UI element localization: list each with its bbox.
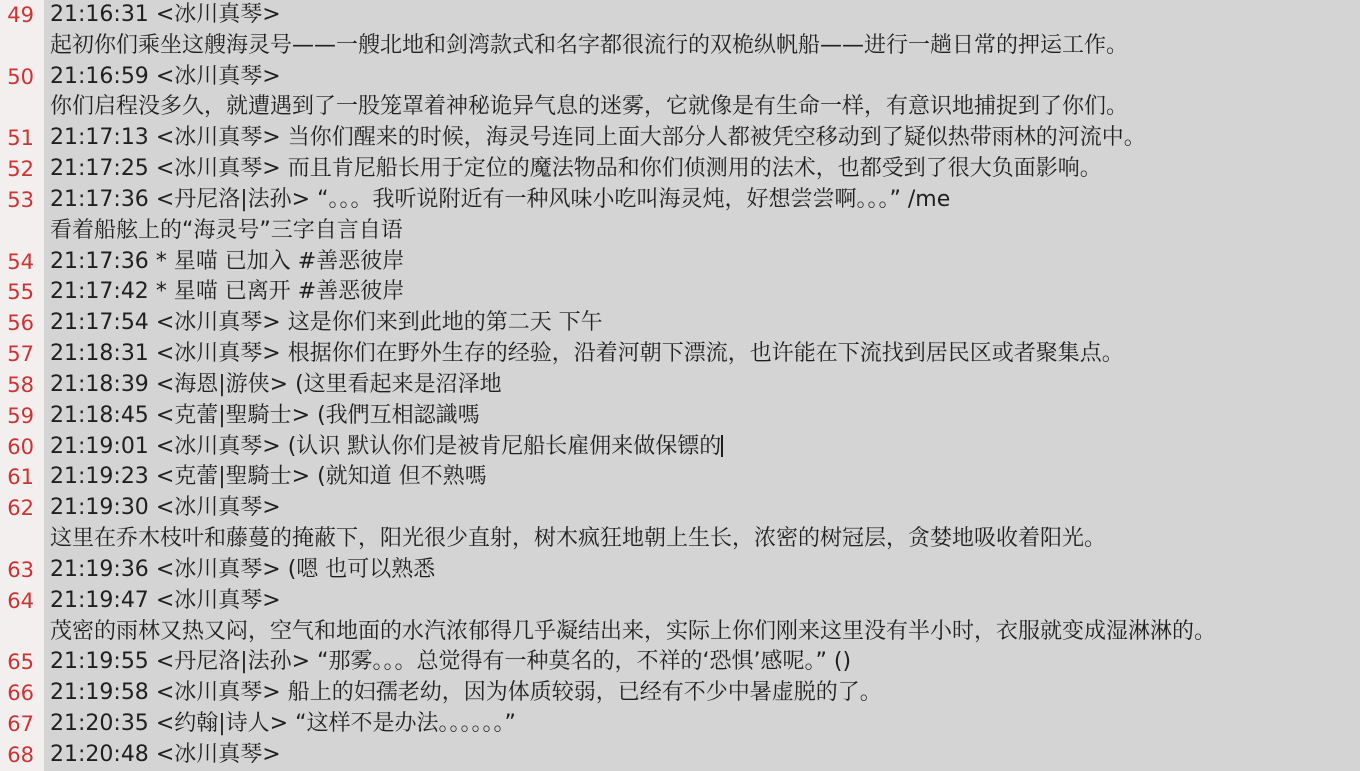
log-row-continuation[interactable]: 看着船舷上的“海灵号”三字自言自语: [0, 216, 1360, 247]
message-text: “。。。我听说附近有一种风味小吃叫海灵炖，好想尝尝啊。。。” /me: [317, 187, 950, 212]
log-row-continuation[interactable]: 这里在乔木枝叶和藤蔓的掩蔽下，阳光很少直射，树木疯狂地朝上生长，浓密的树冠层，贪…: [0, 524, 1360, 555]
message-line: 21:16:59 <冰川真琴>: [44, 62, 1360, 93]
message-line: 21:19:01 <冰川真琴> (认识 默认你们是被肯尼船长雇佣来做保镖的: [44, 432, 1360, 463]
nickname: <冰川真琴>: [156, 588, 281, 613]
message-text: 当你们醒来的时候，海灵号连同上面大部分人都被凭空移动到了疑似热带雨林的河流中。: [288, 125, 1146, 150]
chat-log[interactable]: 4921:16:31 <冰川真琴>起初你们乘坐这艘海灵号——一艘北地和剑湾款式和…: [0, 0, 1360, 771]
timestamp: 21:18:31: [50, 341, 149, 366]
message-line: 21:20:48 <冰川真琴>: [44, 740, 1360, 771]
timestamp: 21:17:25: [50, 156, 149, 181]
line-number: 64: [0, 586, 44, 617]
message-text: (就知道 但不熟嗎: [317, 464, 487, 489]
nickname: <冰川真琴>: [156, 680, 281, 705]
line-number: 63: [0, 555, 44, 586]
message-line: 21:19:30 <冰川真琴>: [44, 493, 1360, 524]
log-row[interactable]: 6721:20:35 <约翰|诗人> “这样不是办法。。。。。。”: [0, 709, 1360, 740]
line-number: [0, 31, 44, 62]
timestamp: 21:17:36: [50, 187, 149, 212]
message-line: 21:17:36 * 星喵 已加入 #善恶彼岸: [44, 247, 1360, 278]
timestamp: 21:17:54: [50, 310, 149, 335]
timestamp: 21:18:39: [50, 372, 149, 397]
log-row[interactable]: 6321:19:36 <冰川真琴> (嗯 也可以熟悉: [0, 555, 1360, 586]
timestamp: 21:20:48: [50, 742, 149, 767]
message-line: 21:19:58 <冰川真琴> 船上的妇孺老幼，因为体质较弱，已经有不少中暑虚脱…: [44, 678, 1360, 709]
log-row[interactable]: 5521:17:42 * 星喵 已离开 #善恶彼岸: [0, 277, 1360, 308]
line-number: 53: [0, 185, 44, 216]
message-line: 21:19:23 <克蕾|聖騎士> (就知道 但不熟嗎: [44, 462, 1360, 493]
nickname: <冰川真琴>: [156, 156, 281, 181]
message-text: 起初你们乘坐这艘海灵号——一艘北地和剑湾款式和名字都很流行的双桅纵帆船——进行一…: [50, 33, 1128, 58]
log-row[interactable]: 5421:17:36 * 星喵 已加入 #善恶彼岸: [0, 247, 1360, 278]
log-row[interactable]: 5321:17:36 <丹尼洛|法孙> “。。。我听说附近有一种风味小吃叫海灵炖…: [0, 185, 1360, 216]
log-row[interactable]: 5921:18:45 <克蕾|聖騎士> (我們互相認識嗎: [0, 401, 1360, 432]
nickname: <约翰|诗人>: [156, 711, 288, 736]
nickname: <冰川真琴>: [156, 125, 281, 150]
message-text: 船上的妇孺老幼，因为体质较弱，已经有不少中暑虚脱的了。: [288, 680, 882, 705]
message-line: 21:17:54 <冰川真琴> 这是你们来到此地的第二天 下午: [44, 308, 1360, 339]
timestamp: 21:20:35: [50, 711, 149, 736]
log-row[interactable]: 5621:17:54 <冰川真琴> 这是你们来到此地的第二天 下午: [0, 308, 1360, 339]
message-continuation-text: 起初你们乘坐这艘海灵号——一艘北地和剑湾款式和名字都很流行的双桅纵帆船——进行一…: [44, 31, 1360, 62]
message-continuation-text: 你们启程没多久，就遭遇到了一股笼罩着神秘诡异气息的迷雾，它就像是有生命一样，有意…: [44, 92, 1360, 123]
log-row[interactable]: 4921:16:31 <冰川真琴>: [0, 0, 1360, 31]
message-text: 星喵 已离开 #善恶彼岸: [174, 279, 404, 304]
message-text: (嗯 也可以熟悉: [288, 557, 436, 582]
timestamp: 21:17:42: [50, 279, 149, 304]
log-row[interactable]: 6221:19:30 <冰川真琴>: [0, 493, 1360, 524]
line-number: 54: [0, 247, 44, 278]
log-row-continuation[interactable]: 茂密的雨林又热又闷，空气和地面的水汽浓郁得几乎凝结出来，实际上你们刚来这里没有半…: [0, 617, 1360, 648]
message-text: “这样不是办法。。。。。。”: [295, 711, 516, 736]
message-line: 21:18:39 <海恩|游侠> (这里看起来是沼泽地: [44, 370, 1360, 401]
log-row[interactable]: 6121:19:23 <克蕾|聖騎士> (就知道 但不熟嗎: [0, 462, 1360, 493]
timestamp: 21:19:01: [50, 434, 149, 459]
log-row[interactable]: 5221:17:25 <冰川真琴> 而且肯尼船长用于定位的魔法物品和你们侦测用的…: [0, 154, 1360, 185]
nickname: <丹尼洛|法孙>: [156, 187, 310, 212]
log-row[interactable]: 5821:18:39 <海恩|游侠> (这里看起来是沼泽地: [0, 370, 1360, 401]
nickname: <克蕾|聖騎士>: [156, 464, 310, 489]
line-number: [0, 216, 44, 247]
nickname: <冰川真琴>: [156, 557, 281, 582]
timestamp: 21:18:45: [50, 403, 149, 428]
timestamp: 21:19:55: [50, 649, 149, 674]
message-continuation-text: 这里在乔木枝叶和藤蔓的掩蔽下，阳光很少直射，树木疯狂地朝上生长，浓密的树冠层，贪…: [44, 524, 1360, 555]
line-number: 67: [0, 709, 44, 740]
message-line: 21:17:42 * 星喵 已离开 #善恶彼岸: [44, 277, 1360, 308]
message-text: 这里在乔木枝叶和藤蔓的掩蔽下，阳光很少直射，树木疯狂地朝上生长，浓密的树冠层，贪…: [50, 526, 1106, 551]
nickname: <冰川真琴>: [156, 742, 281, 767]
message-text: 这是你们来到此地的第二天 下午: [288, 310, 603, 335]
line-number: 65: [0, 647, 44, 678]
log-row[interactable]: 5121:17:13 <冰川真琴> 当你们醒来的时候，海灵号连同上面大部分人都被…: [0, 123, 1360, 154]
log-row-continuation[interactable]: 你们启程没多久，就遭遇到了一股笼罩着神秘诡异气息的迷雾，它就像是有生命一样，有意…: [0, 92, 1360, 123]
timestamp: 21:16:59: [50, 64, 149, 89]
nickname: <冰川真琴>: [156, 495, 281, 520]
message-text: 你们启程没多久，就遭遇到了一股笼罩着神秘诡异气息的迷雾，它就像是有生命一样，有意…: [50, 94, 1128, 119]
line-number: [0, 92, 44, 123]
nickname: <克蕾|聖騎士>: [156, 403, 310, 428]
nickname: <冰川真琴>: [156, 341, 281, 366]
message-line: 21:17:25 <冰川真琴> 而且肯尼船长用于定位的魔法物品和你们侦测用的法术…: [44, 154, 1360, 185]
log-row[interactable]: 6421:19:47 <冰川真琴>: [0, 586, 1360, 617]
log-row[interactable]: 5021:16:59 <冰川真琴>: [0, 62, 1360, 93]
log-row-continuation[interactable]: 起初你们乘坐这艘海灵号——一艘北地和剑湾款式和名字都很流行的双桅纵帆船——进行一…: [0, 31, 1360, 62]
timestamp: 21:19:47: [50, 588, 149, 613]
message-text: 星喵 已加入 #善恶彼岸: [174, 249, 404, 274]
message-line: 21:19:55 <丹尼洛|法孙> “那雾。。。总觉得有一种莫名的，不祥的‘恐惧…: [44, 647, 1360, 678]
line-number: 59: [0, 401, 44, 432]
nickname: <海恩|游侠>: [156, 372, 288, 397]
message-line: 21:17:36 <丹尼洛|法孙> “。。。我听说附近有一种风味小吃叫海灵炖，好…: [44, 185, 1360, 216]
line-number: 49: [0, 0, 44, 31]
message-text: 看着船舷上的“海灵号”三字自言自语: [50, 218, 403, 243]
line-number: 55: [0, 277, 44, 308]
line-number: 62: [0, 493, 44, 524]
message-text: 根据你们在野外生存的经验，沿着河朝下漂流，也许能在下流找到居民区或者聚集点。: [288, 341, 1124, 366]
message-text: (我們互相認識嗎: [317, 403, 480, 428]
line-number: 66: [0, 678, 44, 709]
status-asterisk: *: [156, 249, 167, 274]
line-number: [0, 524, 44, 555]
message-text: 而且肯尼船长用于定位的魔法物品和你们侦测用的法术，也都受到了很大负面影响。: [288, 156, 1102, 181]
nickname: <冰川真琴>: [156, 434, 281, 459]
nickname: <冰川真琴>: [156, 310, 281, 335]
timestamp: 21:19:30: [50, 495, 149, 520]
line-number: 58: [0, 370, 44, 401]
nickname: <冰川真琴>: [156, 2, 281, 27]
message-text: “那雾。。。总觉得有一种莫名的，不祥的‘恐惧’感呢。” (): [317, 649, 851, 674]
log-row[interactable]: 5721:18:31 <冰川真琴> 根据你们在野外生存的经验，沿着河朝下漂流，也…: [0, 339, 1360, 370]
log-row[interactable]: 6621:19:58 <冰川真琴> 船上的妇孺老幼，因为体质较弱，已经有不少中暑…: [0, 678, 1360, 709]
message-continuation-text: 看着船舷上的“海灵号”三字自言自语: [44, 216, 1360, 247]
line-number: 50: [0, 62, 44, 93]
log-row[interactable]: 6521:19:55 <丹尼洛|法孙> “那雾。。。总觉得有一种莫名的，不祥的‘…: [0, 647, 1360, 678]
line-number: 61: [0, 462, 44, 493]
line-number: 68: [0, 740, 44, 771]
message-text: (认识 默认你们是被肯尼船长雇佣来做保镖的: [288, 434, 722, 459]
timestamp: 21:19:36: [50, 557, 149, 582]
message-text: (这里看起来是沼泽地: [295, 372, 502, 397]
message-text: 茂密的雨林又热又闷，空气和地面的水汽浓郁得几乎凝结出来，实际上你们刚来这里没有半…: [50, 619, 1216, 644]
message-line: 21:19:47 <冰川真琴>: [44, 586, 1360, 617]
message-line: 21:17:13 <冰川真琴> 当你们醒来的时候，海灵号连同上面大部分人都被凭空…: [44, 123, 1360, 154]
nickname: <冰川真琴>: [156, 64, 281, 89]
message-line: 21:18:31 <冰川真琴> 根据你们在野外生存的经验，沿着河朝下漂流，也许能…: [44, 339, 1360, 370]
text-cursor: [721, 435, 723, 457]
line-number: 56: [0, 308, 44, 339]
timestamp: 21:16:31: [50, 2, 149, 27]
message-line: 21:19:36 <冰川真琴> (嗯 也可以熟悉: [44, 555, 1360, 586]
line-number: [0, 617, 44, 648]
line-number: 52: [0, 154, 44, 185]
timestamp: 21:19:23: [50, 464, 149, 489]
timestamp: 21:17:36: [50, 249, 149, 274]
message-line: 21:16:31 <冰川真琴>: [44, 0, 1360, 31]
nickname: <丹尼洛|法孙>: [156, 649, 310, 674]
log-viewer: 4921:16:31 <冰川真琴>起初你们乘坐这艘海灵号——一艘北地和剑湾款式和…: [0, 0, 1360, 771]
message-line: 21:18:45 <克蕾|聖騎士> (我們互相認識嗎: [44, 401, 1360, 432]
line-number: 51: [0, 123, 44, 154]
message-line: 21:20:35 <约翰|诗人> “这样不是办法。。。。。。”: [44, 709, 1360, 740]
log-row[interactable]: 6821:20:48 <冰川真琴>: [0, 740, 1360, 771]
timestamp: 21:17:13: [50, 125, 149, 150]
log-row[interactable]: 6021:19:01 <冰川真琴> (认识 默认你们是被肯尼船长雇佣来做保镖的: [0, 432, 1360, 463]
message-continuation-text: 茂密的雨林又热又闷，空气和地面的水汽浓郁得几乎凝结出来，实际上你们刚来这里没有半…: [44, 617, 1360, 648]
line-number: 57: [0, 339, 44, 370]
line-number: 60: [0, 432, 44, 463]
timestamp: 21:19:58: [50, 680, 149, 705]
status-asterisk: *: [156, 279, 167, 304]
